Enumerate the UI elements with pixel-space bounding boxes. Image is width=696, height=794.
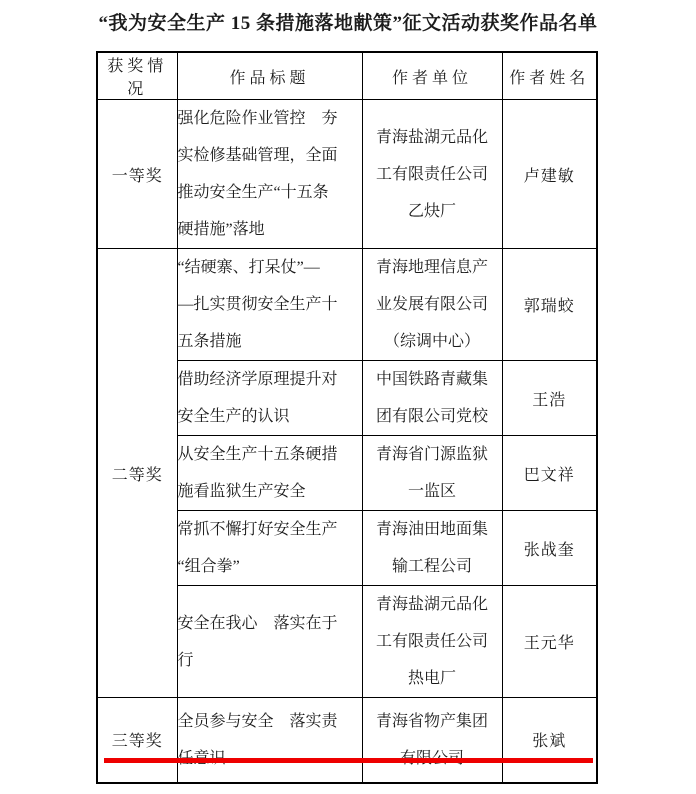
text-line: 一监区 <box>363 473 502 510</box>
red-underline-mark <box>104 758 593 763</box>
text-line: 团有限公司党校 <box>363 398 502 435</box>
text-line: “组合拳” <box>178 548 362 585</box>
author-unit-cell: 青海盐湖元品化 工有限责任公司 乙炔厂 <box>362 100 502 249</box>
text-line: （综调中心） <box>363 323 502 360</box>
author-unit-cell: 青海盐湖元品化 工有限责任公司 热电厂 <box>362 586 502 698</box>
text-line: “结硬寨、打呆仗”— <box>178 249 362 286</box>
col-header-award-status: 获奖情况 <box>97 52 177 100</box>
text-line: 中国铁路青藏集 <box>363 361 502 398</box>
text-line: 强化危险作业管控 夯 <box>178 100 362 137</box>
award-cell-second-prize: 二等奖 <box>97 249 177 698</box>
col-header-work-title: 作品标题 <box>177 52 362 100</box>
award-cell-first-prize: 一等奖 <box>97 100 177 249</box>
awards-table: 获奖情况 作品标题 作者单位 作者姓名 一等奖 强化危险作业管控 夯 实检修基础… <box>96 51 598 784</box>
work-title-cell: 从安全生产十五条硬措 施看监狱生产安全 <box>177 436 362 511</box>
text-line: 硬措施”落地 <box>178 211 362 248</box>
text-line: 乙炔厂 <box>363 193 502 230</box>
work-title-cell: “结硬寨、打呆仗”— —扎实贯彻安全生产十 五条措施 <box>177 249 362 361</box>
text-line: 青海盐湖元品化 <box>363 119 502 156</box>
work-title-cell: 安全在我心 落实在于 行 <box>177 586 362 698</box>
author-unit-cell: 青海油田地面集 输工程公司 <box>362 511 502 586</box>
text-line: 行 <box>178 642 362 679</box>
author-name-cell: 巴文祥 <box>502 436 597 511</box>
text-line: 热电厂 <box>363 660 502 697</box>
text-line: 工有限责任公司 <box>363 156 502 193</box>
text-line: 青海地理信息产 <box>363 249 502 286</box>
text-line: 安全生产的认识 <box>178 398 362 435</box>
text-line: 全员参与安全 落实责 <box>178 703 362 740</box>
award-cell-third-prize: 三等奖 <box>97 698 177 783</box>
work-title-cell: 全员参与安全 落实责 任意识 <box>177 698 362 783</box>
author-name-cell: 卢建敏 <box>502 100 597 249</box>
header-row: 获奖情况 作品标题 作者单位 作者姓名 <box>97 52 597 100</box>
text-line: 安全在我心 落实在于 <box>178 605 362 642</box>
text-line: 青海油田地面集 <box>363 511 502 548</box>
author-unit-cell: 青海省门源监狱 一监区 <box>362 436 502 511</box>
text-line: 青海省物产集团 <box>363 703 502 740</box>
text-line: 从安全生产十五条硬措 <box>178 436 362 473</box>
text-line: 工有限责任公司 <box>363 623 502 660</box>
author-unit-cell: 中国铁路青藏集 团有限公司党校 <box>362 361 502 436</box>
text-line: 施看监狱生产安全 <box>178 473 362 510</box>
text-line: 青海盐湖元品化 <box>363 586 502 623</box>
text-line: —扎实贯彻安全生产十 <box>178 286 362 323</box>
author-name-cell: 王元华 <box>502 586 597 698</box>
author-unit-cell: 青海省物产集团 有限公司 <box>362 698 502 783</box>
work-title-cell: 借助经济学原理提升对 安全生产的认识 <box>177 361 362 436</box>
table-row: 二等奖 “结硬寨、打呆仗”— —扎实贯彻安全生产十 五条措施 青海地理信息产 业… <box>97 249 597 361</box>
col-header-author-name: 作者姓名 <box>502 52 597 100</box>
author-name-cell: 王浩 <box>502 361 597 436</box>
text-line: 实检修基础管理，全面 <box>178 137 362 174</box>
text-line: 业发展有限公司 <box>363 286 502 323</box>
text-line: 借助经济学原理提升对 <box>178 361 362 398</box>
text-line: 推动安全生产“十五条 <box>178 174 362 211</box>
author-name-cell: 张战奎 <box>502 511 597 586</box>
text-line: 五条措施 <box>178 323 362 360</box>
work-title-cell: 强化危险作业管控 夯 实检修基础管理，全面 推动安全生产“十五条 硬措施”落地 <box>177 100 362 249</box>
text-line: 输工程公司 <box>363 548 502 585</box>
table-row: 三等奖 全员参与安全 落实责 任意识 青海省物产集团 有限公司 张斌 <box>97 698 597 783</box>
author-name-cell: 张斌 <box>502 698 597 783</box>
text-line: 青海省门源监狱 <box>363 436 502 473</box>
page-title: “我为安全生产 15 条措施落地献策”征文活动获奖作品名单 <box>0 8 696 35</box>
document-page: { "title": "“我为安全生产 15 条措施落地献策”征文活动获奖作品名… <box>0 0 696 794</box>
work-title-cell: 常抓不懈打好安全生产 “组合拳” <box>177 511 362 586</box>
col-header-author-unit: 作者单位 <box>362 52 502 100</box>
table-row: 一等奖 强化危险作业管控 夯 实检修基础管理，全面 推动安全生产“十五条 硬措施… <box>97 100 597 249</box>
text-line: 常抓不懈打好安全生产 <box>178 511 362 548</box>
author-name-cell: 郭瑞蛟 <box>502 249 597 361</box>
author-unit-cell: 青海地理信息产 业发展有限公司 （综调中心） <box>362 249 502 361</box>
